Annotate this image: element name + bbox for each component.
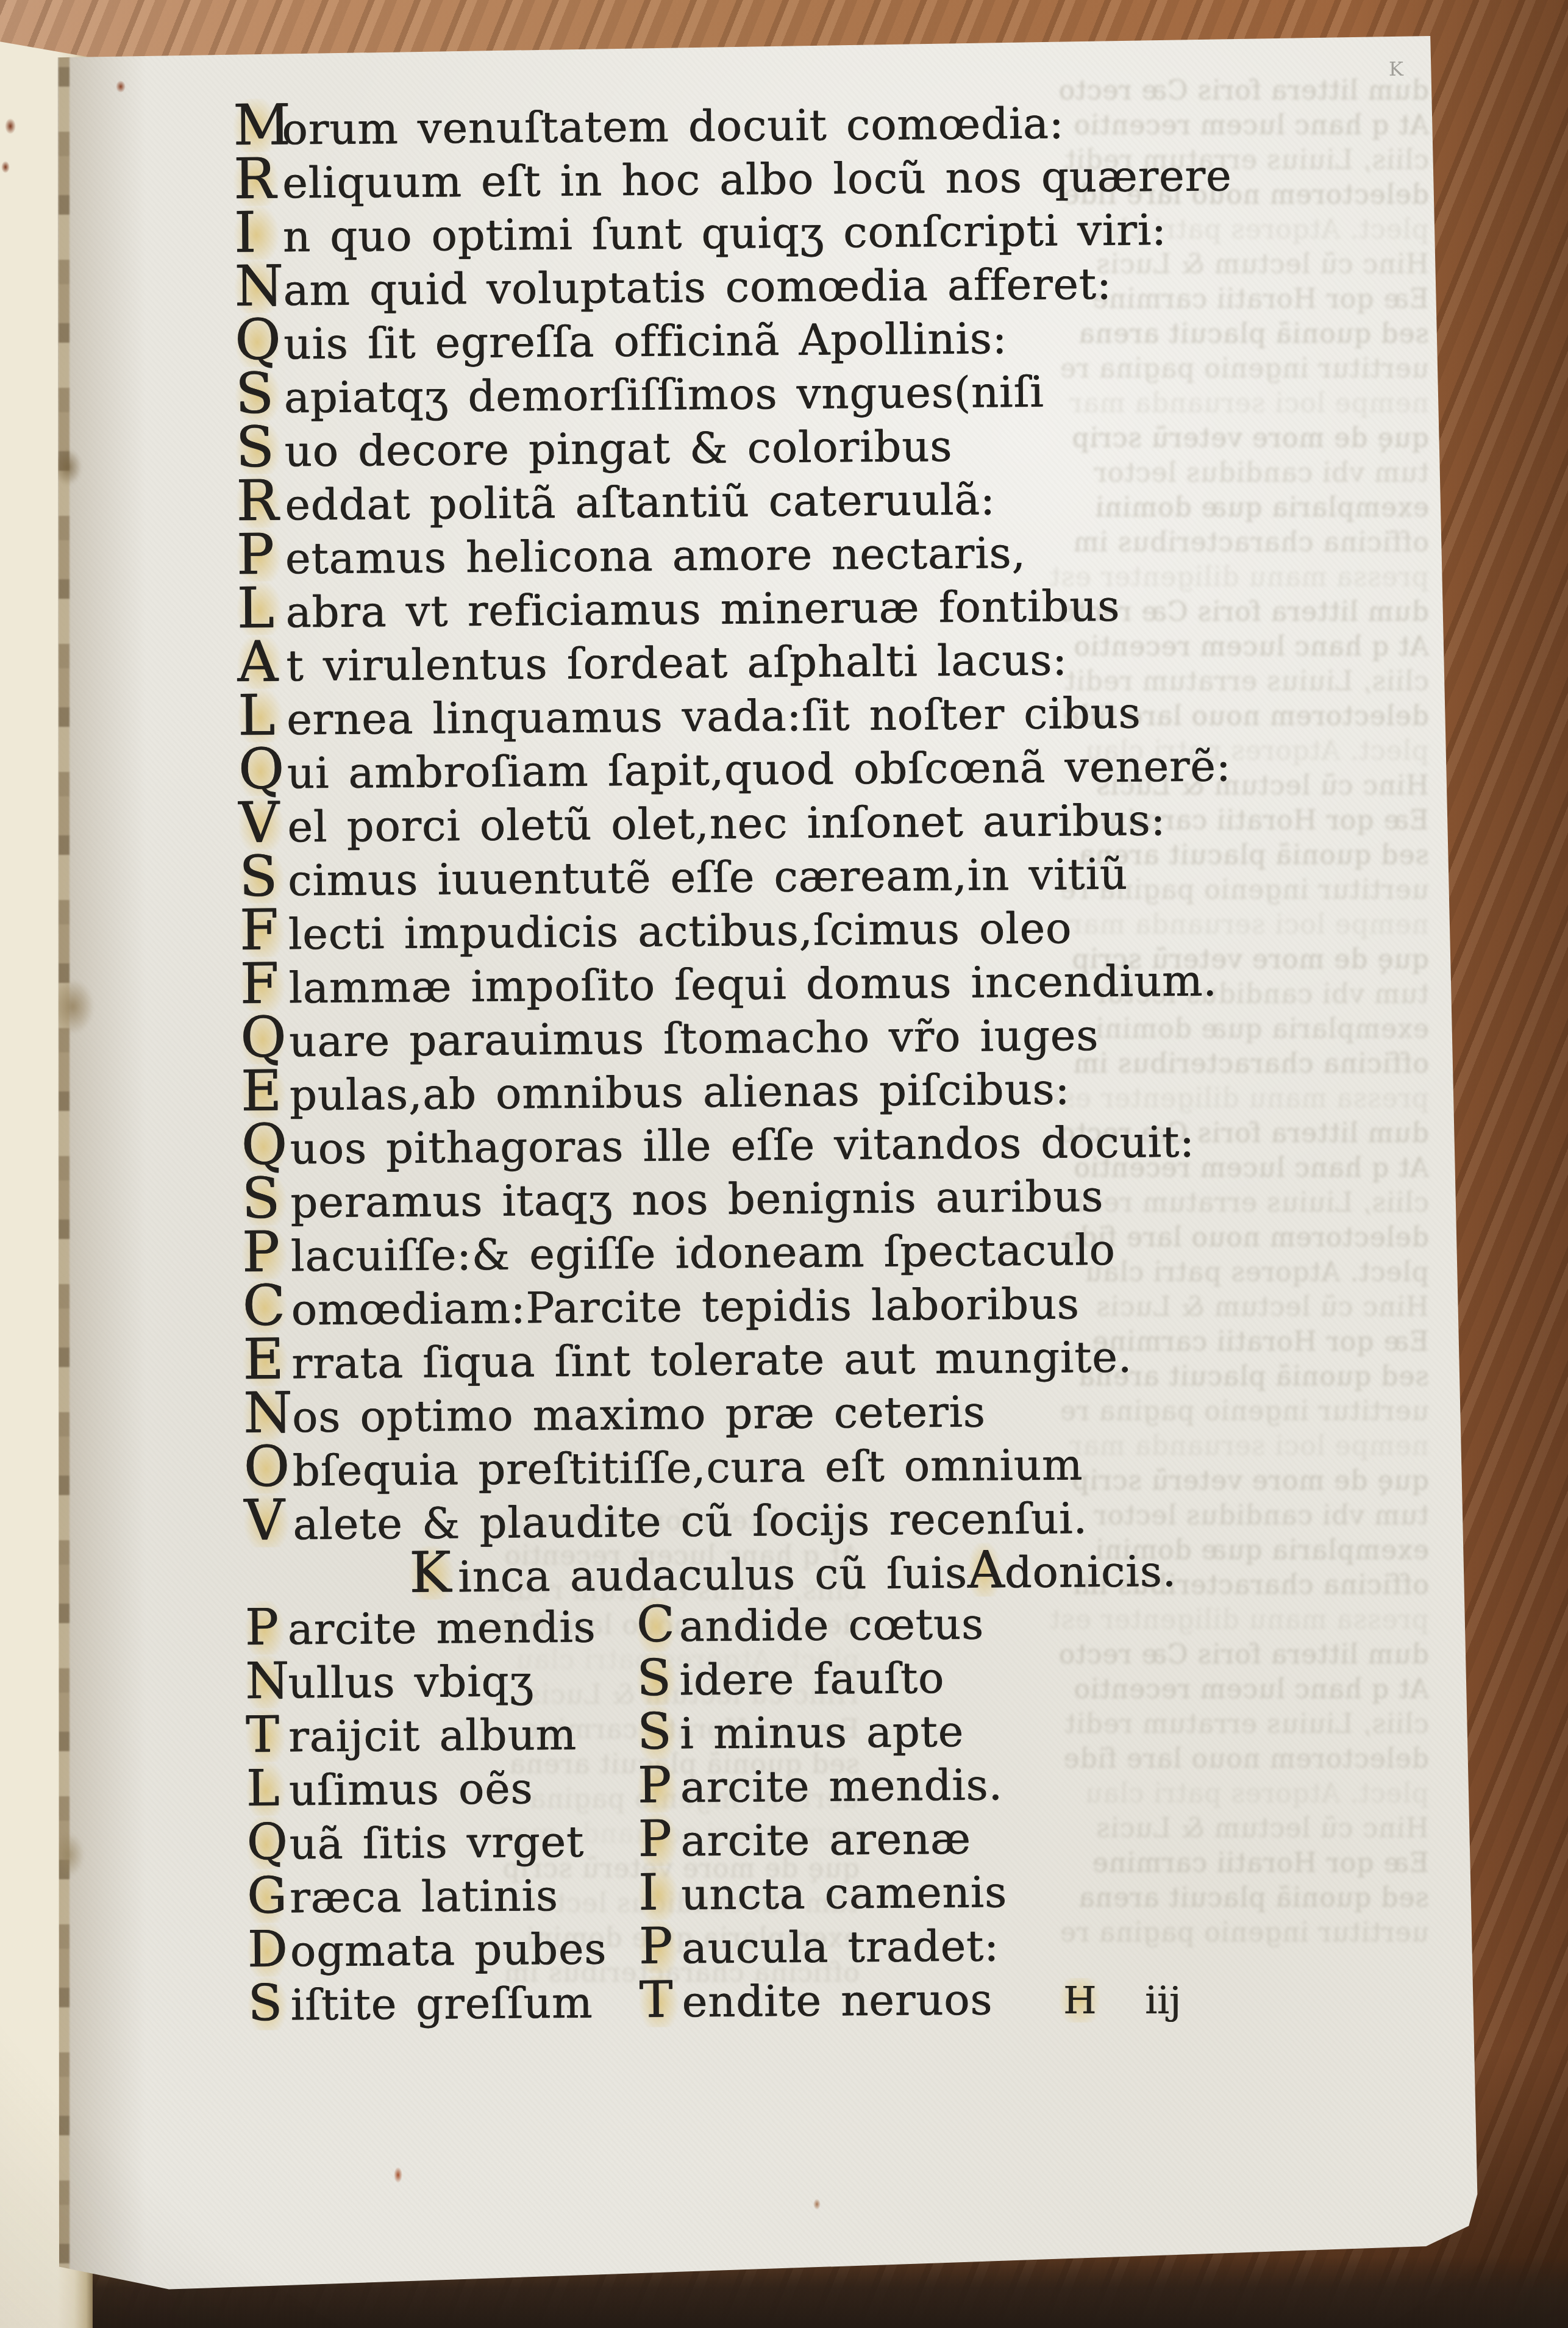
line-text: os optimo maximo præ ceteris [292, 1387, 986, 1442]
signature-numeral: iij [1145, 1978, 1181, 2023]
column-text: uncta camenis [681, 1867, 1007, 1919]
column-text: raijcit album [288, 1710, 577, 1762]
line-initial: Q [235, 313, 284, 367]
line-initial: O [243, 1440, 293, 1494]
column-text: uã ſitis vrget [289, 1817, 584, 1869]
line-text: ui ambroſiam ſapit,quod obſcœnã venerẽ: [287, 741, 1231, 798]
line-initial: A [237, 635, 287, 689]
paper-speck [394, 2167, 402, 2183]
line-initial: S [235, 366, 284, 421]
column-row: Parcite mendisCandide cœtus [244, 1592, 1403, 1655]
line-initial: Q [241, 1118, 290, 1172]
line-text: t virulentus ſordeat aſphalti lacus: [286, 635, 1067, 691]
column-initial: D [247, 1923, 290, 1977]
line-initial: L [238, 688, 287, 743]
right-column-cell: Parcite mendis. [637, 1756, 1003, 1813]
line-text: omœdiam:Parcite tepidis laboribus [291, 1279, 1080, 1335]
right-column-cell: Candide cœtus [636, 1595, 984, 1651]
adonic-heading-line: Kinca audaculus cũ ſuis Adonicis. [244, 1538, 1403, 1601]
book-photo: { "page": { "poem_lines": [ {"initial":"… [0, 0, 1568, 2328]
right-column-cell: Si minus apte [637, 1703, 964, 1759]
adonic-columns: Parcite mendisCandide cœtusNullus vbiqʒS… [244, 1592, 1406, 2030]
line-text: lacuiſſe:& egiſſe idoneam ſpectaculo [291, 1225, 1116, 1282]
column-text: endite neruos [682, 1974, 992, 2027]
line-initial: C [242, 1279, 291, 1333]
wormhole-speck [1, 161, 10, 173]
column-initial: N [245, 1654, 288, 1709]
column-initial: I [638, 1866, 682, 1920]
line-initial: F [240, 957, 289, 1011]
line-initial: L [237, 581, 286, 635]
poem-lines: Morum venuſtatem docuit comœdia:Reliquum… [233, 90, 1403, 1548]
line-text: pulas,ab omnibus alienas piſcibus: [290, 1064, 1071, 1120]
column-initial: L [246, 1762, 289, 1816]
line-text: peramus itaqʒ nos benignis auribus [290, 1171, 1104, 1227]
line-initial: V [244, 1493, 293, 1548]
line-initial: P [242, 1225, 291, 1279]
line-initial: Q [240, 1010, 290, 1065]
column-text: aucula tradet: [682, 1921, 999, 1973]
column-initial: S [637, 1705, 680, 1759]
column-initial: P [637, 1758, 680, 1813]
column-initial: C [636, 1598, 679, 1652]
signature-letter: H [1060, 1978, 1100, 2023]
line-initial: S [239, 849, 288, 904]
line-text: am quid voluptatis comœdia afferet: [283, 259, 1112, 316]
column-row: Traijcit albumSi minus apte [246, 1699, 1405, 1762]
line-text: uare parauimus ſtomacho vr̃o iuges [289, 1010, 1099, 1066]
wormhole-speck [5, 118, 16, 134]
column-initial: Q [246, 1815, 290, 1869]
line-initial: E [240, 1064, 290, 1118]
column-initial: S [248, 1976, 291, 2030]
column-text: idere fauſto [679, 1653, 944, 1705]
book-page: dum littera foris Cæ rectoAt q hanc luce… [55, 28, 1480, 2294]
left-column-cell: Traijcit album [246, 1705, 638, 1762]
line-text: eddat politã aſtantiũ cateruulã: [285, 474, 996, 530]
right-column-cell: Tendite neruos [639, 1971, 992, 2027]
line-initial: I [233, 205, 283, 260]
kinca-text-end: donicis. [1004, 1546, 1177, 1598]
line-initial: R [233, 152, 283, 206]
line-initial: S [235, 420, 285, 474]
column-text: ullus vbiqʒ [288, 1656, 534, 1708]
quire-signature: H iij [1060, 1978, 1181, 2023]
column-text: arcite mendis [287, 1602, 596, 1654]
column-row: Nullus vbiqʒSidere fauſto [245, 1646, 1404, 1709]
line-text: lecti impudicis actibus,ſcimus oleo [288, 903, 1072, 959]
line-initial: N [243, 1386, 293, 1440]
paper-speck [813, 2199, 821, 2210]
right-column-cell: Sidere fauſto [636, 1649, 944, 1705]
line-initial: Q [238, 742, 287, 796]
line-text: etamus helicona amore nectaris, [285, 528, 1026, 584]
column-initial: S [636, 1651, 680, 1705]
line-initial: V [238, 796, 288, 850]
column-row: Siſtite greſſumTendite neruos [248, 1968, 1406, 2030]
line-text: uos pithagoras ille eſſe vitandos docuit… [290, 1117, 1195, 1174]
column-row: Dogmata pubesPaucula tradet: [247, 1914, 1406, 1977]
right-column-cell: Iuncta camenis [638, 1863, 1007, 1920]
line-text: bſequia preſtitiſſe,cura eſt omnium [292, 1440, 1083, 1496]
line-initial: E [243, 1332, 292, 1387]
line-initial: N [234, 259, 283, 313]
column-text: ogmata pubes [290, 1924, 607, 1976]
line-text: n quo optimi ſunt quiqʒ conſcripti viri: [282, 205, 1166, 262]
column-initial: G [247, 1869, 290, 1923]
column-initial: T [246, 1708, 289, 1762]
line-text: el porci oletũ olet,nec inſonet auribus: [287, 795, 1166, 852]
column-initial: P [244, 1601, 288, 1655]
column-initial: T [639, 1973, 682, 2027]
column-text: arcite mendis. [680, 1760, 1002, 1812]
left-column-cell: Parcite mendis [244, 1598, 636, 1655]
line-text: rrata ſiqua ſint tolerate aut mungite. [291, 1332, 1132, 1388]
column-text: i minus apte [680, 1707, 964, 1759]
line-initial: F [239, 903, 288, 957]
line-text: eliquum eſt in hoc albo locũ nos quærere [282, 151, 1232, 208]
line-text: uis ſit egreſſa officinã Apollinis: [283, 313, 1008, 369]
line-initial: S [241, 1171, 291, 1226]
column-text: iſtite greſſum [290, 1977, 593, 2030]
printed-text-block: Morum venuſtatem docuit comœdia:Reliquum… [233, 90, 1406, 2030]
kinca-initial: K [409, 1546, 458, 1600]
binding-seam [59, 28, 69, 2294]
line-text: orum venuſtatem docuit comœdia: [282, 98, 1064, 154]
line-text: cimus iuuentutẽ eſſe cæream,in vitiũ [288, 849, 1128, 906]
adonicis-initial: A [967, 1543, 1004, 1596]
column-initial: P [638, 1919, 682, 1974]
left-column-cell: Dogmata pubes [247, 1920, 639, 1977]
left-column-cell: Siſtite greſſum [248, 1974, 640, 2030]
left-column-cell: Nullus vbiqʒ [245, 1652, 637, 1709]
line-text: lammæ impoſito ſequi domus incendium. [288, 955, 1217, 1013]
column-row: Græca latinisIuncta camenis [247, 1860, 1406, 1923]
left-column-cell: Quã ſitis vrget [246, 1813, 638, 1869]
line-text: abra vt reficiamus mineruæ fontibus [285, 581, 1120, 638]
column-text: uſimus oẽs [288, 1763, 533, 1815]
left-column-cell: Luſimus oẽs [246, 1759, 638, 1816]
column-text: arcite arenæ [680, 1814, 971, 1866]
right-column-cell: Paucula tradet: [638, 1917, 999, 1974]
poem-line: Morum venuſtatem docuit comœdia: [233, 90, 1392, 152]
line-initial: R [236, 474, 285, 528]
line-text: ernea linquamus vada:ſit noſter cibus [287, 688, 1141, 744]
left-column-cell: Græca latinis [247, 1866, 639, 1923]
right-column-cell: Parcite arenæ [638, 1810, 971, 1866]
column-row: Quã ſitis vrgetParcite arenæ [246, 1807, 1405, 1869]
line-text: apiatqʒ demorſiſſimos vngues(niſi [284, 367, 1044, 423]
column-row: Luſimus oẽsParcite mendis. [246, 1753, 1405, 1816]
line-initial: M [233, 98, 282, 152]
column-text: andide cœtus [679, 1599, 984, 1651]
column-text: ræca latinis [290, 1871, 558, 1923]
line-text: uo decore pingat & coloribus [284, 421, 952, 477]
column-initial: P [638, 1812, 681, 1866]
faint-corner-mark: K [1389, 57, 1403, 80]
line-initial: P [237, 527, 286, 582]
paper-speck [116, 80, 126, 93]
kinca-text: inca audaculus cũ ſuis [458, 1548, 968, 1602]
